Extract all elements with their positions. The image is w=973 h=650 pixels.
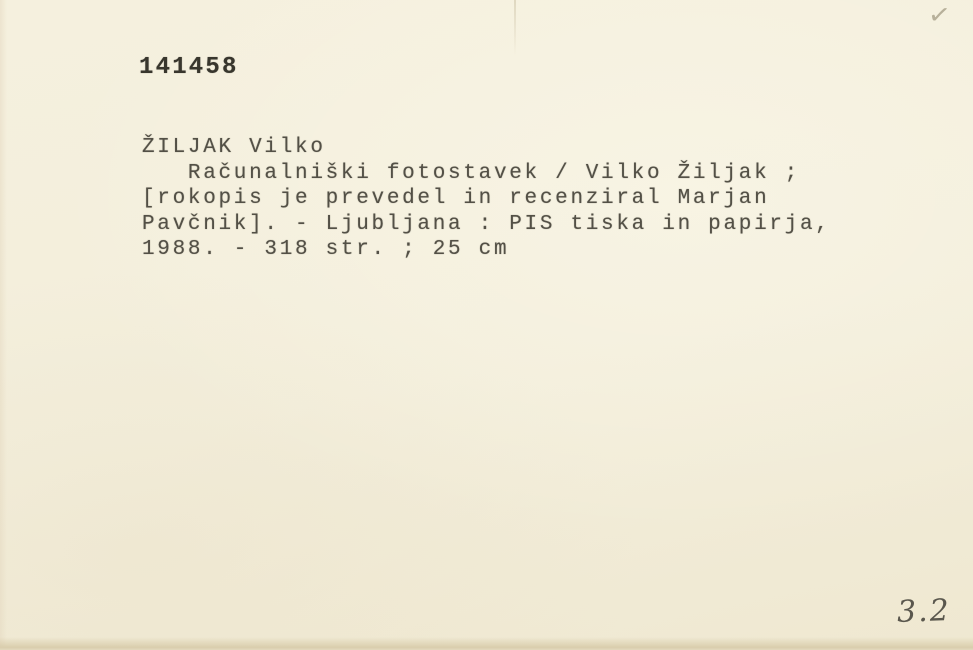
catalog-entry: ŽILJAK Vilko Računalniški fotostavek / V… bbox=[142, 135, 831, 263]
collation-line: 1988. - 318 str. ; 25 cm bbox=[142, 237, 831, 263]
scan-crease-line bbox=[514, 0, 516, 56]
card-left-edge-tint bbox=[0, 0, 7, 650]
accession-number: 141458 bbox=[139, 55, 239, 81]
title-statement-line: Računalniški fotostavek / Vilko Žiljak ; bbox=[142, 161, 831, 187]
handwritten-classification-note: 3.2 bbox=[896, 593, 951, 630]
imprint-line: Pavčnik]. - Ljubljana : PIS tiska in pap… bbox=[142, 212, 831, 238]
checkmark-icon: ✓ bbox=[927, 1, 953, 29]
responsibility-note-line: [rokopis je prevedel in recenziral Marja… bbox=[142, 186, 831, 212]
card-bottom-edge-shadow bbox=[0, 637, 973, 650]
author-heading-line: ŽILJAK Vilko bbox=[142, 135, 831, 161]
library-catalog-card: ✓ 141458 ŽILJAK Vilko Računalniški fotos… bbox=[0, 0, 973, 650]
